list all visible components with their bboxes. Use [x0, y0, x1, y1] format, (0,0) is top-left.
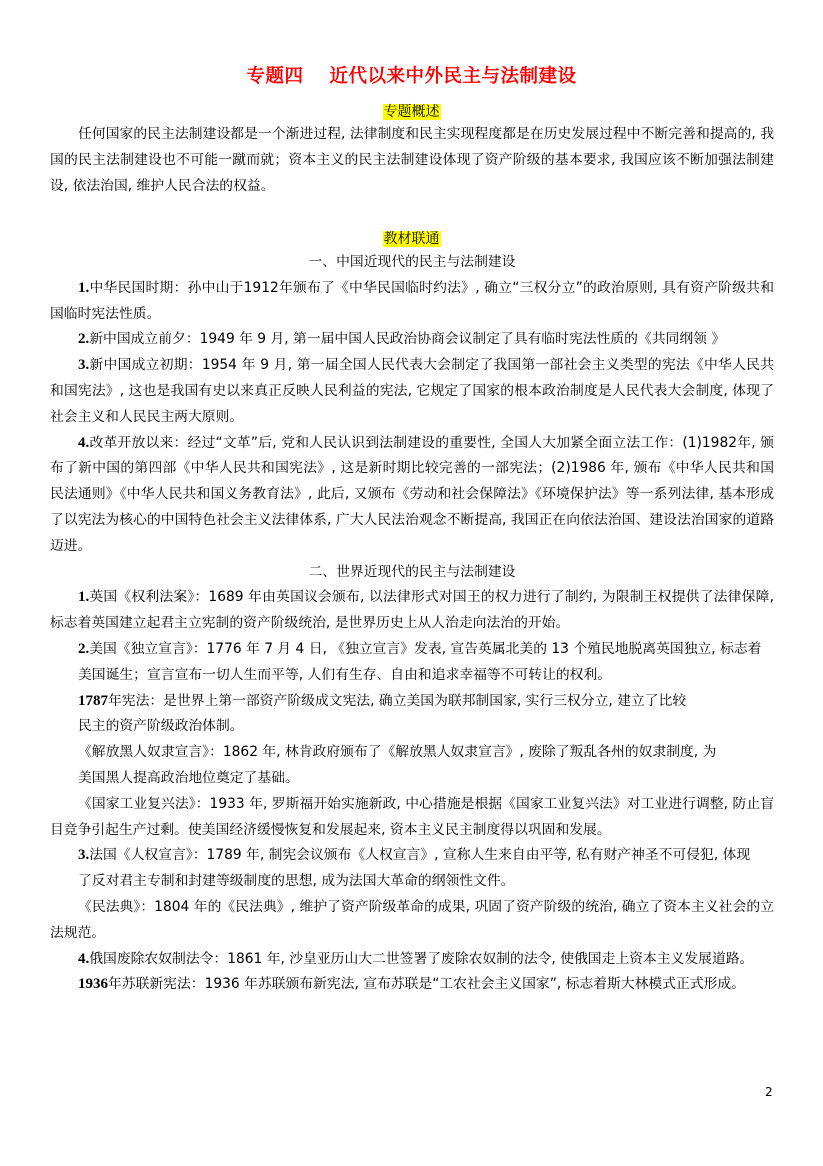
- section2-item-usa-cont: 美国诞生；宣言宣布一切人生而平等, 人们有生存、自由和追求幸福等不可转让的权利。: [50, 663, 774, 689]
- section1-item-2: 2.新中国成立前夕：1949 年 9 月, 第一届中国人民政治协商会议制定了具有…: [50, 327, 774, 353]
- section2-item-england: 1.英国《权利法案》：1689 年由英国议会颁布, 以法律形式对国王的权力进行了…: [50, 585, 774, 637]
- page-title: 专题四近代以来中外民主与法制建设: [0, 62, 823, 88]
- section2-item-emancipation-cont: 美国黑人提高政治地位奠定了基础。: [50, 766, 774, 792]
- section1-item-4: 4.改革开放以来：经过“文革”后, 党和人民认识到法制建设的重要性, 全国人大加…: [50, 431, 774, 560]
- section2-item-france-cont: 了反对君主专制和封建等级制度的思想, 成为法国大革命的纲领性文件。: [50, 869, 774, 895]
- overview-tag-row: 专题概述: [0, 101, 823, 121]
- section2-item-ussr-1936: 1936年苏联新宪法：1936 年苏联颁布新宪法, 宣布苏联是“工农社会主义国家…: [50, 972, 774, 998]
- section1-item-3: 3.新中国成立初期：1954 年 9 月, 第一届全国人民代表大会制定了我国第一…: [50, 353, 774, 430]
- overview-paragraph: 任何国家的民主法制建设都是一个渐进过程, 法律制度和民主实现程度都是在历史发展过…: [50, 122, 774, 199]
- section2-item-emancipation: 《解放黑人奴隶宣言》：1862 年, 林肯政府颁布了《解放黑人奴隶宣言》, 废除…: [50, 740, 774, 766]
- title-topic-name: 近代以来中外民主与法制建设: [330, 66, 577, 87]
- textbook-tag: 教材联通: [383, 231, 441, 247]
- title-topic-number: 专题四: [246, 66, 303, 87]
- section2-heading: 二、世界近现代的民主与法制建设: [50, 560, 774, 586]
- section1-item-1: 1.中华民国时期：孙中山于1912年颁布了《中华民国临时约法》, 确立“三权分立…: [50, 276, 774, 328]
- section1-heading: 一、中国近现代的民主与法制建设: [50, 250, 774, 276]
- section2-item-1787: 1787年宪法：是世界上第一部资产阶级成文宪法, 确立美国为联邦制国家, 实行三…: [50, 689, 774, 715]
- page-number: 2: [765, 1085, 773, 1099]
- section2-item-nira: 《国家工业复兴法》：1933 年, 罗斯福开始实施新政, 中心措施是根据《国家工…: [50, 792, 774, 844]
- section2-item-russia: 4.俄国废除农奴制法令：1861 年, 沙皇亚历山大二世签署了废除农奴制的法令,…: [50, 947, 774, 973]
- overview-tag: 专题概述: [383, 104, 441, 120]
- document-page: 专题四近代以来中外民主与法制建设 专题概述 任何国家的民主法制建设都是一个渐进过…: [0, 0, 823, 1166]
- section2-item-france: 3.法国《人权宣言》：1789 年, 制宪会议颁布《人权宣言》, 宣称人生来自由…: [50, 843, 774, 869]
- section2-item-usa: 2.美国《独立宣言》：1776 年 7 月 4 日, 《独立宣言》发表, 宣告英…: [50, 637, 774, 663]
- section2-item-1787-cont: 民主的资产阶级政治体制。: [50, 714, 774, 740]
- textbook-section: 一、中国近现代的民主与法制建设 1.中华民国时期：孙中山于1912年颁布了《中华…: [50, 250, 774, 998]
- overview-section: 任何国家的民主法制建设都是一个渐进过程, 法律制度和民主实现程度都是在历史发展过…: [50, 122, 774, 199]
- textbook-tag-row: 教材联通: [0, 228, 823, 248]
- section2-item-civil-code: 《民法典》：1804 年的《民法典》, 维护了资产阶级革命的成果, 巩固了资产阶…: [50, 895, 774, 947]
